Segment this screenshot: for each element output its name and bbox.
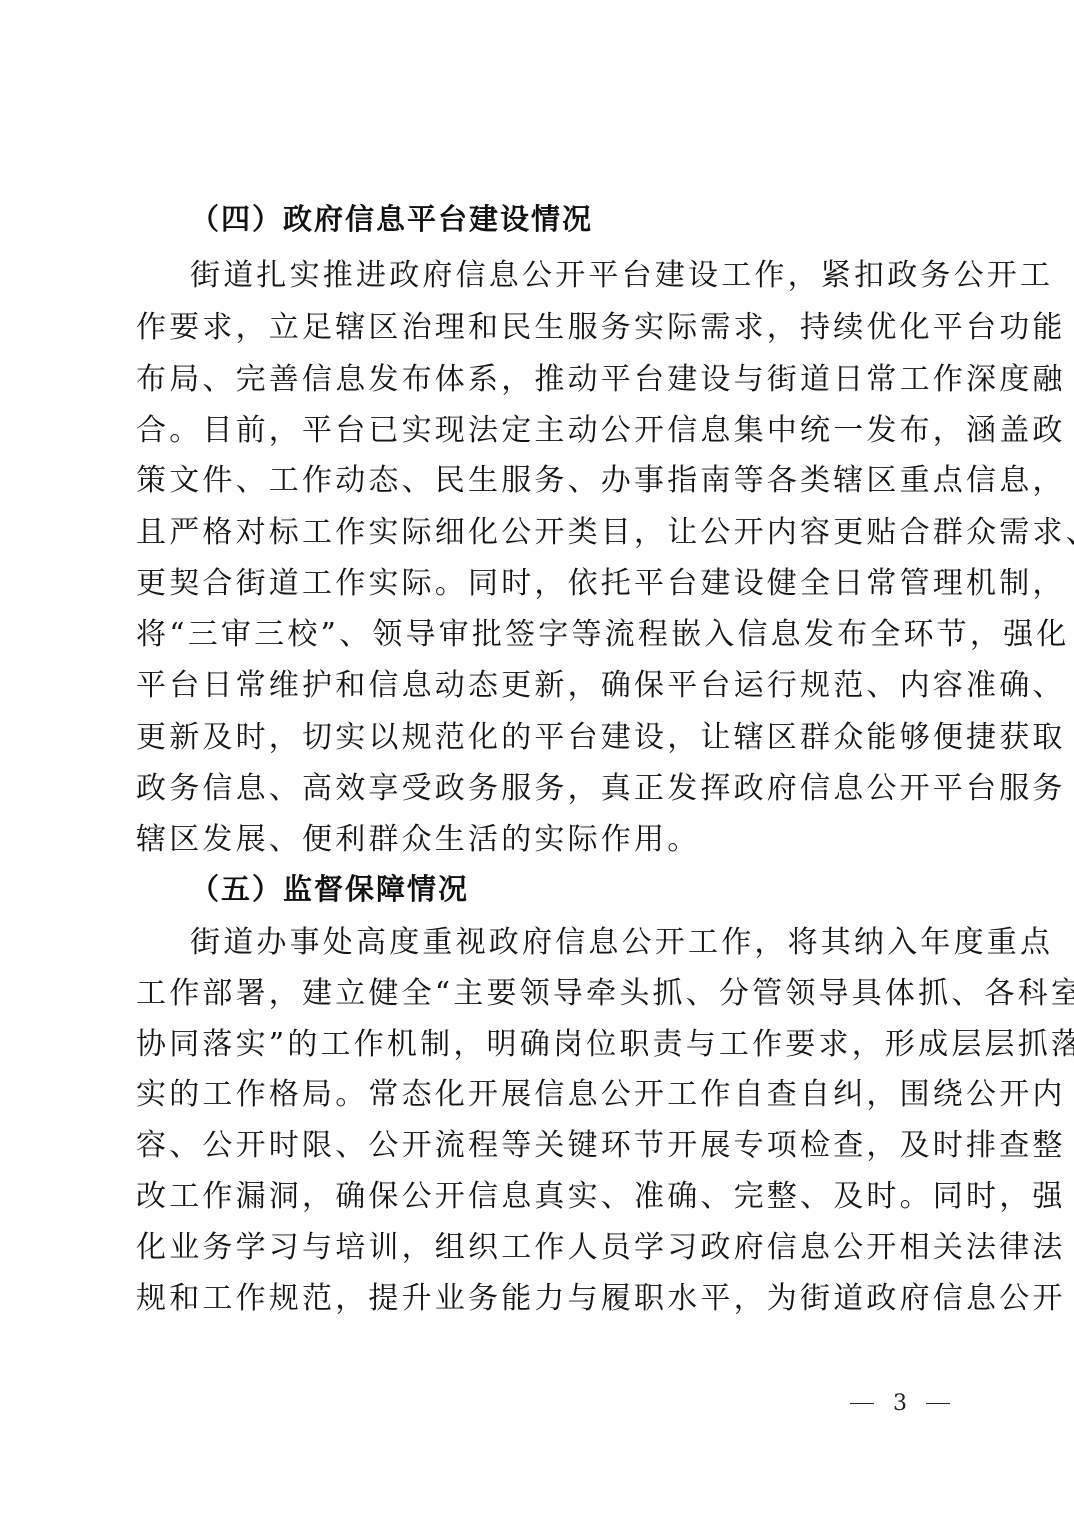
paragraph-line: 实的工作格局。常态化开展信息公开工作自查自纠，围绕公开内 bbox=[136, 1077, 1066, 1113]
paragraph-line: 平台日常维护和信息动态更新，确保平台运行规范、内容准确、 bbox=[136, 668, 1066, 704]
page-number: 3 bbox=[850, 1388, 950, 1418]
paragraph-line: 规和工作规范，提升业务能力与履职水平，为街道政府信息公开 bbox=[136, 1281, 1066, 1317]
paragraph-line: 作要求，立足辖区治理和民生服务实际需求，持续优化平台功能 bbox=[136, 310, 1066, 346]
section-heading-4: （四）政府信息平台建设情况 bbox=[190, 201, 593, 237]
paragraph-line: 辖区发展、便利群众生活的实际作用。 bbox=[136, 822, 700, 858]
paragraph-line: 布局、完善信息发布体系，推动平台建设与街道日常工作深度融 bbox=[136, 362, 1066, 398]
paragraph-line: 且严格对标工作实际细化公开类目，让公开内容更贴合群众需求、 bbox=[136, 515, 1074, 551]
page-number-value: 3 bbox=[893, 1391, 907, 1416]
paragraph-line: 街道扎实推进政府信息公开平台建设工作，紧扣政务公开工 bbox=[190, 258, 1053, 294]
paragraph-line: 将“三审三校”、领导审批签字等流程嵌入信息发布全环节，强化 bbox=[136, 617, 1069, 653]
paragraph-line: 更新及时，切实以规范化的平台建设，让辖区群众能够便捷获取 bbox=[136, 720, 1066, 756]
paragraph-line: 工作部署，建立健全“主要领导牵头抓、分管领导具体抓、各科室 bbox=[136, 976, 1074, 1012]
document-page: （四）政府信息平台建设情况 街道扎实推进政府信息公开平台建设工作，紧扣政务公开工… bbox=[0, 0, 1074, 1520]
page-number-dash-right bbox=[926, 1403, 950, 1404]
paragraph-line: 街道办事处高度重视政府信息公开工作，将其纳入年度重点 bbox=[190, 925, 1053, 961]
paragraph-line: 更契合街道工作实际。同时，依托平台建设健全日常管理机制， bbox=[136, 566, 1066, 602]
paragraph-line: 改工作漏洞，确保公开信息真实、准确、完整、及时。同时，强 bbox=[136, 1179, 1066, 1215]
page-number-dash-left bbox=[850, 1403, 874, 1404]
section-heading-5: （五）监督保障情况 bbox=[190, 871, 469, 907]
paragraph-line: 合。目前，平台已实现法定主动公开信息集中统一发布，涵盖政 bbox=[136, 413, 1066, 449]
paragraph-line: 化业务学习与培训，组织工作人员学习政府信息公开相关法律法 bbox=[136, 1230, 1066, 1266]
paragraph-line: 政务信息、高效享受政务服务，真正发挥政府信息公开平台服务 bbox=[136, 771, 1066, 807]
paragraph-line: 策文件、工作动态、民生服务、办事指南等各类辖区重点信息， bbox=[136, 463, 1066, 499]
paragraph-line: 容、公开时限、公开流程等关键环节开展专项检查，及时排查整 bbox=[136, 1128, 1066, 1164]
paragraph-line: 协同落实”的工作机制，明确岗位职责与工作要求，形成层层抓落 bbox=[136, 1027, 1074, 1063]
